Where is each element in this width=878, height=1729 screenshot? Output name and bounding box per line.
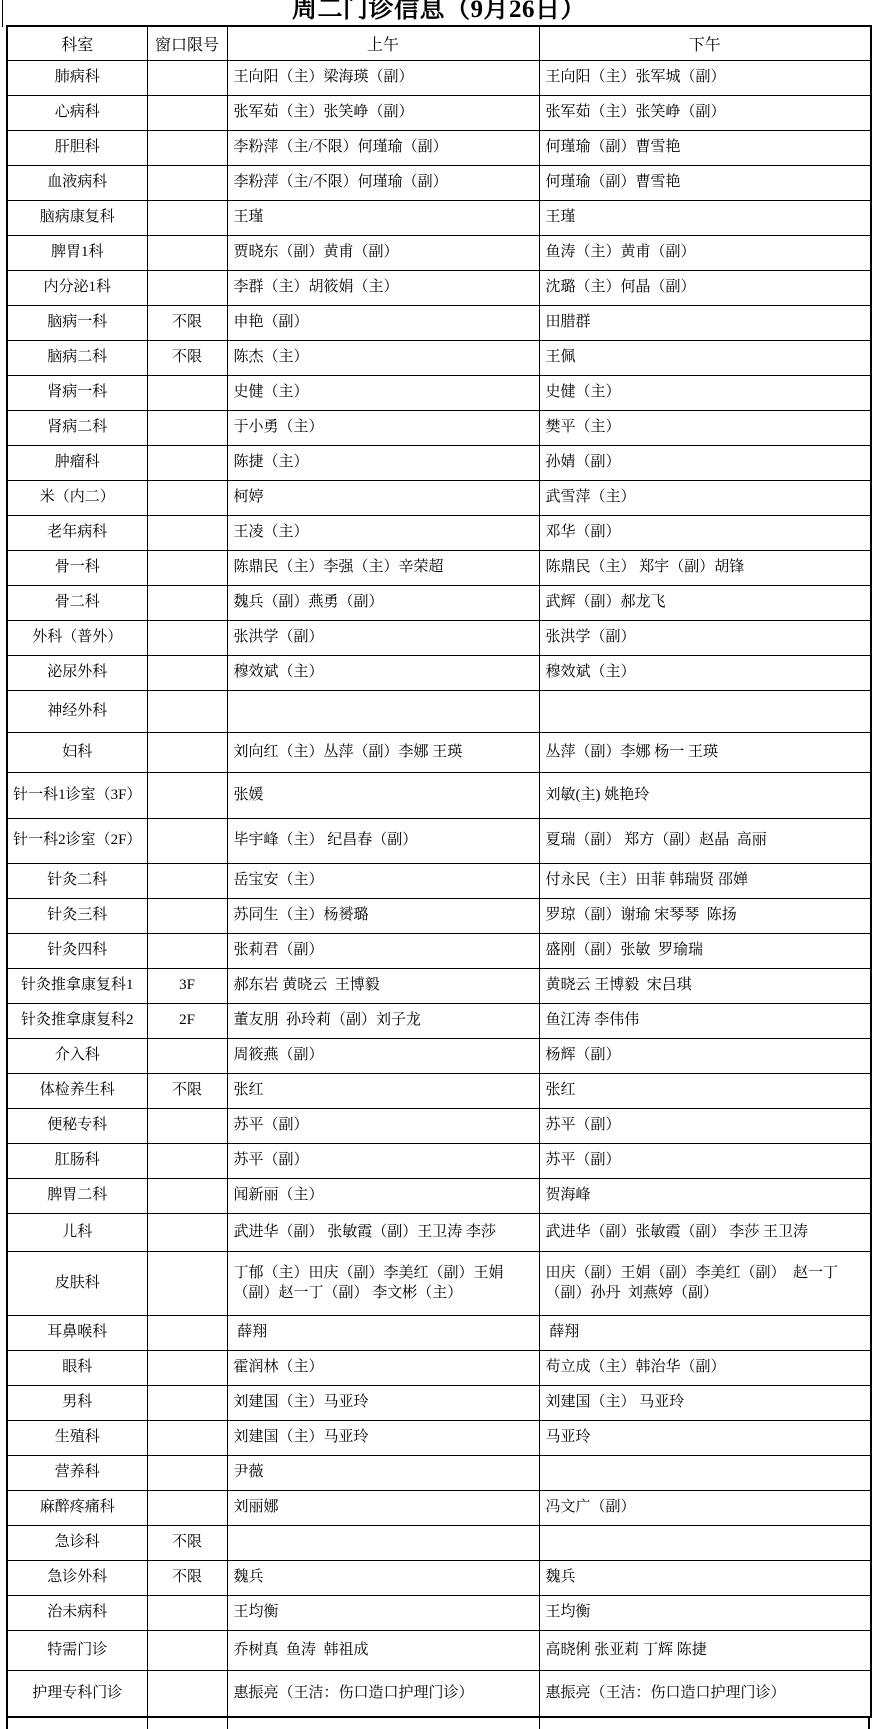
window-limit-cell: 不限 <box>147 1074 227 1109</box>
window-limit-cell <box>147 899 227 934</box>
afternoon-doctors-cell: 樊平（主） <box>539 411 871 446</box>
window-limit-cell <box>147 773 227 819</box>
cutoff-cell <box>147 1718 227 1729</box>
morning-doctors-cell: 魏兵（副）燕勇（副） <box>227 586 539 621</box>
header-row: 科室 窗口限号 上午 下午 <box>7 26 871 61</box>
afternoon-doctors-cell: 张洪学（副） <box>539 621 871 656</box>
morning-doctors-cell: 尹薇 <box>227 1456 539 1491</box>
morning-doctors-cell: 陈鼎民（主）李强（主）辛荣超 <box>227 551 539 586</box>
afternoon-doctors-cell: 陈鼎民（主） 郑宇（副）胡锋 <box>539 551 871 586</box>
window-limit-cell: 不限 <box>147 306 227 341</box>
afternoon-doctors-cell: 贺海峰 <box>539 1179 871 1214</box>
window-limit-cell <box>147 1214 227 1252</box>
department-cell: 针灸四科 <box>7 934 147 969</box>
morning-doctors-cell: 魏兵 <box>227 1561 539 1596</box>
department-cell: 耳鼻喉科 <box>7 1316 147 1351</box>
afternoon-doctors-cell: 刘建国（主） 马亚玲 <box>539 1386 871 1421</box>
window-limit-cell <box>147 1144 227 1179</box>
schedule-row: 便秘专科 苏平（副） 苏平（副） <box>7 1109 871 1144</box>
afternoon-doctors-cell: 薛翔 <box>539 1316 871 1351</box>
morning-doctors-cell: 霍润林（主） <box>227 1351 539 1386</box>
department-cell: 老年病科 <box>7 516 147 551</box>
window-limit-cell <box>147 621 227 656</box>
schedule-row: 脑病康复科 王瑾 王瑾 <box>7 201 871 236</box>
morning-doctors-cell: 丁郁（主）田庆（副）李美红（副）王娟（副）赵一丁（副） 李文彬（主） <box>227 1252 539 1316</box>
window-limit-cell <box>147 166 227 201</box>
department-cell: 脑病一科 <box>7 306 147 341</box>
morning-doctors-cell: 史健（主） <box>227 376 539 411</box>
morning-doctors-cell: 张红 <box>227 1074 539 1109</box>
window-limit-cell <box>147 481 227 516</box>
window-limit-cell: 不限 <box>147 1561 227 1596</box>
morning-doctors-cell: 惠振亮（王洁：伤口造口护理门诊） <box>227 1671 539 1717</box>
morning-doctors-cell: 周筱燕（副） <box>227 1039 539 1074</box>
department-cell: 特需门诊 <box>7 1631 147 1671</box>
department-cell: 泌尿外科 <box>7 656 147 691</box>
window-limit-cell <box>147 1421 227 1456</box>
header-window-limit: 窗口限号 <box>147 26 227 61</box>
schedule-page: 周二门诊信息（9月26日） 科室 窗口限号 上午 下午 肺病科 王向阳（主）梁海… <box>0 0 878 1729</box>
schedule-table-body: 肺病科 王向阳（主）梁海瑛（副） 王向阳（主）张军城（副） 心病科 张军茹（主）… <box>7 61 871 1717</box>
department-cell: 脑病康复科 <box>7 201 147 236</box>
department-cell: 妇科 <box>7 733 147 773</box>
morning-doctors-cell: 闻新丽（主） <box>227 1179 539 1214</box>
schedule-row: 肾病二科 于小勇（主） 樊平（主） <box>7 411 871 446</box>
window-limit-cell <box>147 1316 227 1351</box>
afternoon-doctors-cell: 黄晓云 王博毅 宋吕琪 <box>539 969 871 1004</box>
department-cell: 内分泌1科 <box>7 271 147 306</box>
afternoon-doctors-cell: 田腊群 <box>539 306 871 341</box>
window-limit-cell <box>147 446 227 481</box>
department-cell: 外科（普外） <box>7 621 147 656</box>
window-limit-cell <box>147 516 227 551</box>
window-limit-cell <box>147 271 227 306</box>
morning-doctors-cell <box>227 691 539 733</box>
afternoon-doctors-cell: 鱼涛（主）黄甫（副） <box>539 236 871 271</box>
afternoon-doctors-cell: 沈璐（主）何晶（副） <box>539 271 871 306</box>
morning-doctors-cell: 于小勇（主） <box>227 411 539 446</box>
schedule-row: 内分泌1科 李群（主）胡筱娟（主） 沈璐（主）何晶（副） <box>7 271 871 306</box>
afternoon-doctors-cell: 张军茹（主）张笑峥（副） <box>539 96 871 131</box>
schedule-row: 介入科 周筱燕（副） 杨辉（副） <box>7 1039 871 1074</box>
window-limit-cell <box>147 586 227 621</box>
schedule-row: 针一科1诊室（3F） 张媛 刘敏(主) 姚艳玲 <box>7 773 871 819</box>
schedule-row: 针灸四科 张莉君（副） 盛刚（副）张敏 罗瑜瑞 <box>7 934 871 969</box>
window-limit-cell <box>147 1252 227 1316</box>
department-cell: 脾胃二科 <box>7 1179 147 1214</box>
morning-doctors-cell: 张莉君（副） <box>227 934 539 969</box>
window-limit-cell <box>147 236 227 271</box>
department-cell: 麻醉疼痛科 <box>7 1491 147 1526</box>
schedule-row: 脾胃二科 闻新丽（主） 贺海峰 <box>7 1179 871 1214</box>
morning-doctors-cell: 刘建国（主）马亚玲 <box>227 1386 539 1421</box>
morning-doctors-cell: 穆效斌（主） <box>227 656 539 691</box>
schedule-row: 血液病科 李粉萍（主/不限）何瑾瑜（副） 何瑾瑜（副）曹雪艳 <box>7 166 871 201</box>
window-limit-cell <box>147 733 227 773</box>
schedule-row: 生殖科 刘建国（主）马亚玲 马亚玲 <box>7 1421 871 1456</box>
morning-doctors-cell: 薛翔 <box>227 1316 539 1351</box>
left-edge-line <box>2 0 3 27</box>
window-limit-cell <box>147 131 227 166</box>
morning-doctors-cell: 苏同生（主）杨赟璐 <box>227 899 539 934</box>
schedule-row: 治未病科 王均衡 王均衡 <box>7 1596 871 1631</box>
morning-doctors-cell <box>227 1526 539 1561</box>
header-afternoon: 下午 <box>539 26 871 61</box>
schedule-row: 针灸推拿康复科2 2F 董友朋 孙玲莉（副）刘子龙 鱼江涛 李伟伟 <box>7 1004 871 1039</box>
afternoon-doctors-cell: 王向阳（主）张军城（副） <box>539 61 871 96</box>
morning-doctors-cell: 毕宇峰（主） 纪昌春（副） <box>227 819 539 864</box>
afternoon-doctors-cell: 罗琼（副）谢瑜 宋琴琴 陈扬 <box>539 899 871 934</box>
schedule-row: 泌尿外科 穆效斌（主） 穆效斌（主） <box>7 656 871 691</box>
window-limit-cell <box>147 551 227 586</box>
afternoon-doctors-cell: 田庆（副）王娟（副）李美红（副） 赵一丁（副）孙丹 刘燕婷（副） <box>539 1252 871 1316</box>
afternoon-doctors-cell: 马亚玲 <box>539 1421 871 1456</box>
window-limit-cell <box>147 1109 227 1144</box>
schedule-row: 护理专科门诊 惠振亮（王洁：伤口造口护理门诊） 惠振亮（王洁：伤口造口护理门诊） <box>7 1671 871 1717</box>
schedule-row: 老年病科 王凌（主） 邓华（副） <box>7 516 871 551</box>
afternoon-doctors-cell: 高晓俐 张亚莉 丁辉 陈捷 <box>539 1631 871 1671</box>
afternoon-doctors-cell: 武辉（副）郝龙飞 <box>539 586 871 621</box>
morning-doctors-cell: 王凌（主） <box>227 516 539 551</box>
afternoon-doctors-cell: 王瑾 <box>539 201 871 236</box>
afternoon-doctors-cell <box>539 1526 871 1561</box>
window-limit-cell <box>147 656 227 691</box>
afternoon-doctors-cell: 武雪萍（主） <box>539 481 871 516</box>
department-cell: 脑病二科 <box>7 341 147 376</box>
morning-doctors-cell: 岳宝安（主） <box>227 864 539 899</box>
morning-doctors-cell: 苏平（副） <box>227 1144 539 1179</box>
schedule-row: 肛肠科 苏平（副） 苏平（副） <box>7 1144 871 1179</box>
afternoon-doctors-cell: 夏瑞（副） 郑方（副）赵晶 高丽 <box>539 819 871 864</box>
department-cell: 肿瘤科 <box>7 446 147 481</box>
schedule-row: 肺病科 王向阳（主）梁海瑛（副） 王向阳（主）张军城（副） <box>7 61 871 96</box>
afternoon-doctors-cell: 何瑾瑜（副）曹雪艳 <box>539 166 871 201</box>
window-limit-cell <box>147 1596 227 1631</box>
afternoon-doctors-cell: 冯文广（副） <box>539 1491 871 1526</box>
afternoon-doctors-cell: 张红 <box>539 1074 871 1109</box>
schedule-row: 肝胆科 李粉萍（主/不限）何瑾瑜（副） 何瑾瑜（副）曹雪艳 <box>7 131 871 166</box>
window-limit-cell <box>147 1671 227 1717</box>
department-cell: 针灸三科 <box>7 899 147 934</box>
morning-doctors-cell: 李群（主）胡筱娟（主） <box>227 271 539 306</box>
department-cell: 皮肤科 <box>7 1252 147 1316</box>
afternoon-doctors-cell: 付永民（主）田菲 韩瑞贤 邵婵 <box>539 864 871 899</box>
window-limit-cell <box>147 934 227 969</box>
department-cell: 针灸二科 <box>7 864 147 899</box>
morning-doctors-cell: 王向阳（主）梁海瑛（副） <box>227 61 539 96</box>
afternoon-doctors-cell: 武进华（副）张敏霞（副） 李莎 王卫涛 <box>539 1214 871 1252</box>
department-cell: 肾病一科 <box>7 376 147 411</box>
schedule-row: 眼科 霍润林（主） 苟立成（主）韩治华（副） <box>7 1351 871 1386</box>
window-limit-cell <box>147 201 227 236</box>
department-cell: 针一科1诊室（3F） <box>7 773 147 819</box>
afternoon-doctors-cell <box>539 691 871 733</box>
window-limit-cell: 不限 <box>147 1526 227 1561</box>
schedule-row: 妇科 刘向红（主）丛萍（副）李娜 王瑛 丛萍（副）李娜 杨一 王瑛 <box>7 733 871 773</box>
schedule-row: 特需门诊 乔树真 鱼涛 韩祖成 高晓俐 张亚莉 丁辉 陈捷 <box>7 1631 871 1671</box>
department-cell: 急诊外科 <box>7 1561 147 1596</box>
department-cell: 护理专科门诊 <box>7 1671 147 1717</box>
schedule-row: 脾胃1科 贾晓东（副）黄甫（副） 鱼涛（主）黄甫（副） <box>7 236 871 271</box>
department-cell: 肛肠科 <box>7 1144 147 1179</box>
schedule-row: 针灸三科 苏同生（主）杨赟璐 罗琼（副）谢瑜 宋琴琴 陈扬 <box>7 899 871 934</box>
window-limit-cell: 不限 <box>147 341 227 376</box>
schedule-row: 针灸二科 岳宝安（主） 付永民（主）田菲 韩瑞贤 邵婵 <box>7 864 871 899</box>
schedule-table: 科室 窗口限号 上午 下午 肺病科 王向阳（主）梁海瑛（副） 王向阳（主）张军城… <box>6 25 872 1718</box>
window-limit-cell <box>147 691 227 733</box>
department-cell: 肺病科 <box>7 61 147 96</box>
afternoon-doctors-cell: 鱼江涛 李伟伟 <box>539 1004 871 1039</box>
header-morning: 上午 <box>227 26 539 61</box>
schedule-row: 肿瘤科 陈捷（主） 孙婧（副） <box>7 446 871 481</box>
department-cell: 神经外科 <box>7 691 147 733</box>
department-cell: 营养科 <box>7 1456 147 1491</box>
schedule-row: 耳鼻喉科 薛翔 薛翔 <box>7 1316 871 1351</box>
page-title: 周二门诊信息（9月26日） <box>0 0 878 24</box>
afternoon-doctors-cell: 何瑾瑜（副）曹雪艳 <box>539 131 871 166</box>
afternoon-doctors-cell: 苟立成（主）韩治华（副） <box>539 1351 871 1386</box>
department-cell: 针灸推拿康复科1 <box>7 969 147 1004</box>
cutoff-partial-row <box>6 1718 870 1729</box>
department-cell: 针灸推拿康复科2 <box>7 1004 147 1039</box>
afternoon-doctors-cell: 史健（主） <box>539 376 871 411</box>
morning-doctors-cell: 陈杰（主） <box>227 341 539 376</box>
department-cell: 眼科 <box>7 1351 147 1386</box>
morning-doctors-cell: 李粉萍（主/不限）何瑾瑜（副） <box>227 166 539 201</box>
afternoon-doctors-cell: 惠振亮（王洁：伤口造口护理门诊） <box>539 1671 871 1717</box>
department-cell: 肾病二科 <box>7 411 147 446</box>
window-limit-cell <box>147 1631 227 1671</box>
department-cell: 血液病科 <box>7 166 147 201</box>
schedule-row: 营养科 尹薇 <box>7 1456 871 1491</box>
morning-doctors-cell: 贾晓东（副）黄甫（副） <box>227 236 539 271</box>
morning-doctors-cell: 李粉萍（主/不限）何瑾瑜（副） <box>227 131 539 166</box>
schedule-row: 男科 刘建国（主）马亚玲 刘建国（主） 马亚玲 <box>7 1386 871 1421</box>
department-cell: 男科 <box>7 1386 147 1421</box>
schedule-row: 麻醉疼痛科 刘丽娜 冯文广（副） <box>7 1491 871 1526</box>
department-cell: 针一科2诊室（2F） <box>7 819 147 864</box>
schedule-row: 心病科 张军茹（主）张笑峥（副） 张军茹（主）张笑峥（副） <box>7 96 871 131</box>
window-limit-cell <box>147 1491 227 1526</box>
window-limit-cell: 2F <box>147 1004 227 1039</box>
schedule-row: 骨一科 陈鼎民（主）李强（主）辛荣超 陈鼎民（主） 郑宇（副）胡锋 <box>7 551 871 586</box>
department-cell: 介入科 <box>7 1039 147 1074</box>
schedule-row: 针灸推拿康复科1 3F 郝东岩 黄晓云 王博毅 黄晓云 王博毅 宋吕琪 <box>7 969 871 1004</box>
department-cell: 米（内二） <box>7 481 147 516</box>
afternoon-doctors-cell: 刘敏(主) 姚艳玲 <box>539 773 871 819</box>
window-limit-cell <box>147 96 227 131</box>
morning-doctors-cell: 申艳（副） <box>227 306 539 341</box>
department-cell: 心病科 <box>7 96 147 131</box>
morning-doctors-cell: 刘丽娜 <box>227 1491 539 1526</box>
afternoon-doctors-cell: 苏平（副） <box>539 1109 871 1144</box>
schedule-row: 米（内二） 柯婷 武雪萍（主） <box>7 481 871 516</box>
morning-doctors-cell: 乔树真 鱼涛 韩祖成 <box>227 1631 539 1671</box>
header-department: 科室 <box>7 26 147 61</box>
morning-doctors-cell: 柯婷 <box>227 481 539 516</box>
afternoon-doctors-cell: 丛萍（副）李娜 杨一 王瑛 <box>539 733 871 773</box>
window-limit-cell <box>147 411 227 446</box>
morning-doctors-cell: 王均衡 <box>227 1596 539 1631</box>
cutoff-cell <box>6 1718 147 1729</box>
afternoon-doctors-cell: 穆效斌（主） <box>539 656 871 691</box>
schedule-row: 皮肤科 丁郁（主）田庆（副）李美红（副）王娟（副）赵一丁（副） 李文彬（主） 田… <box>7 1252 871 1316</box>
window-limit-cell: 3F <box>147 969 227 1004</box>
department-cell: 脾胃1科 <box>7 236 147 271</box>
afternoon-doctors-cell: 杨辉（副） <box>539 1039 871 1074</box>
afternoon-doctors-cell: 邓华（副） <box>539 516 871 551</box>
morning-doctors-cell: 张媛 <box>227 773 539 819</box>
schedule-row: 肾病一科 史健（主） 史健（主） <box>7 376 871 411</box>
cutoff-cell <box>539 1718 870 1729</box>
morning-doctors-cell: 张军茹（主）张笑峥（副） <box>227 96 539 131</box>
morning-doctors-cell: 刘建国（主）马亚玲 <box>227 1421 539 1456</box>
department-cell: 儿科 <box>7 1214 147 1252</box>
department-cell: 骨一科 <box>7 551 147 586</box>
department-cell: 肝胆科 <box>7 131 147 166</box>
window-limit-cell <box>147 1039 227 1074</box>
afternoon-doctors-cell <box>539 1456 871 1491</box>
department-cell: 骨二科 <box>7 586 147 621</box>
morning-doctors-cell: 郝东岩 黄晓云 王博毅 <box>227 969 539 1004</box>
department-cell: 便秘专科 <box>7 1109 147 1144</box>
department-cell: 急诊科 <box>7 1526 147 1561</box>
schedule-row: 神经外科 <box>7 691 871 733</box>
window-limit-cell <box>147 819 227 864</box>
schedule-row: 体检养生科 不限 张红 张红 <box>7 1074 871 1109</box>
afternoon-doctors-cell: 苏平（副） <box>539 1144 871 1179</box>
department-cell: 治未病科 <box>7 1596 147 1631</box>
morning-doctors-cell: 张洪学（副） <box>227 621 539 656</box>
window-limit-cell <box>147 61 227 96</box>
schedule-row: 骨二科 魏兵（副）燕勇（副） 武辉（副）郝龙飞 <box>7 586 871 621</box>
morning-doctors-cell: 陈捷（主） <box>227 446 539 481</box>
window-limit-cell <box>147 1456 227 1491</box>
schedule-row: 外科（普外） 张洪学（副） 张洪学（副） <box>7 621 871 656</box>
afternoon-doctors-cell: 王均衡 <box>539 1596 871 1631</box>
window-limit-cell <box>147 864 227 899</box>
window-limit-cell <box>147 1351 227 1386</box>
schedule-row: 针一科2诊室（2F） 毕宇峰（主） 纪昌春（副） 夏瑞（副） 郑方（副）赵晶 高… <box>7 819 871 864</box>
schedule-row: 脑病一科 不限 申艳（副） 田腊群 <box>7 306 871 341</box>
afternoon-doctors-cell: 王佩 <box>539 341 871 376</box>
morning-doctors-cell: 刘向红（主）丛萍（副）李娜 王瑛 <box>227 733 539 773</box>
afternoon-doctors-cell: 盛刚（副）张敏 罗瑜瑞 <box>539 934 871 969</box>
window-limit-cell <box>147 376 227 411</box>
schedule-row: 急诊科 不限 <box>7 1526 871 1561</box>
schedule-row: 脑病二科 不限 陈杰（主） 王佩 <box>7 341 871 376</box>
morning-doctors-cell: 董友朋 孙玲莉（副）刘子龙 <box>227 1004 539 1039</box>
cutoff-cell <box>227 1718 539 1729</box>
department-cell: 体检养生科 <box>7 1074 147 1109</box>
window-limit-cell <box>147 1386 227 1421</box>
schedule-row: 儿科 武进华（副） 张敏霞（副）王卫涛 李莎 武进华（副）张敏霞（副） 李莎 王… <box>7 1214 871 1252</box>
morning-doctors-cell: 王瑾 <box>227 201 539 236</box>
schedule-row: 急诊外科 不限 魏兵 魏兵 <box>7 1561 871 1596</box>
window-limit-cell <box>147 1179 227 1214</box>
afternoon-doctors-cell: 魏兵 <box>539 1561 871 1596</box>
afternoon-doctors-cell: 孙婧（副） <box>539 446 871 481</box>
morning-doctors-cell: 苏平（副） <box>227 1109 539 1144</box>
department-cell: 生殖科 <box>7 1421 147 1456</box>
morning-doctors-cell: 武进华（副） 张敏霞（副）王卫涛 李莎 <box>227 1214 539 1252</box>
